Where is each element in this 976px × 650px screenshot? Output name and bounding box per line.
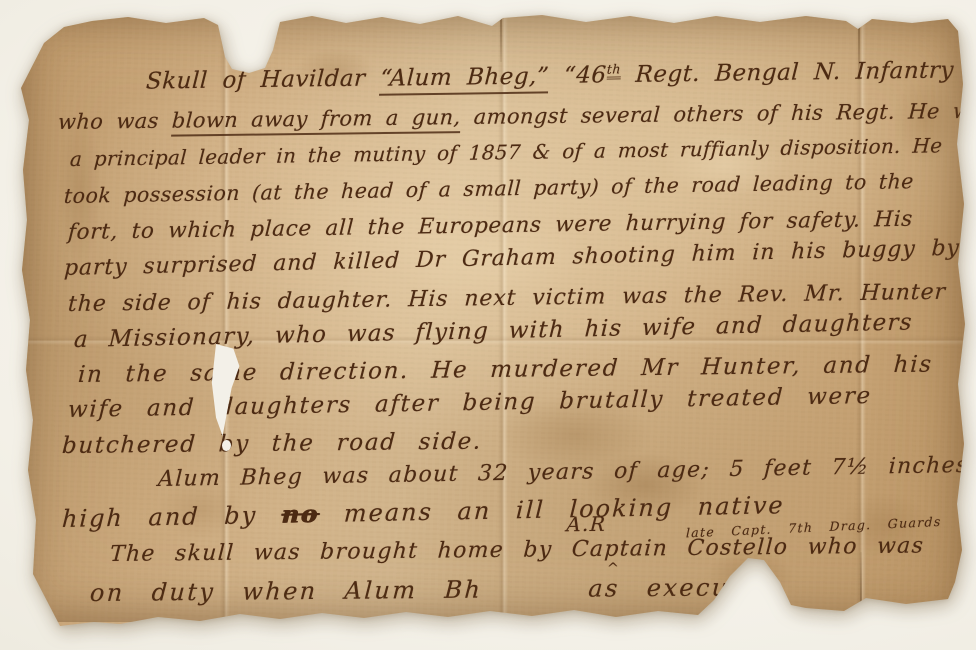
text-segment: butchered by the road side. — [61, 429, 483, 459]
text-segment: who was — [788, 533, 925, 559]
text-segment: amongst several others of his Regt. He w… — [460, 99, 976, 130]
text-segment: Alum Bheg was about 32 years of age; 5 f… — [157, 453, 969, 492]
text-segment: wife and daughters after being brutally … — [67, 383, 872, 423]
inserted-initials: A.R — [566, 512, 607, 536]
text-segment: a principal leader in the mutiny of 1857… — [69, 133, 943, 171]
underlined-phrase: blown away from a gun, — [171, 105, 461, 137]
handwritten-line-9: in the same direction. He murdered Mr Hu… — [77, 352, 933, 388]
text-segment: in the same direction. He murdered Mr Hu… — [77, 352, 933, 388]
underlined-name: “Alum Bheg,” — [379, 63, 549, 95]
text-segment: means an ill looking native — [319, 491, 786, 528]
handwritten-line-13: high and by no means an ill looking nati… — [61, 490, 785, 533]
text-segment: who was — [57, 109, 172, 134]
handwritten-line-12: Alum Bheg was about 32 years of age; 5 f… — [157, 453, 969, 492]
text-segment: The skull was brought home by Captain — [109, 536, 688, 567]
handwritten-line-4: took possession (at the head of a small … — [63, 169, 914, 208]
ordinal-superscript: th — [606, 61, 621, 79]
paper-crack — [500, 16, 502, 62]
handwritten-line-15: on duty when Alum Bhas executed. — [89, 573, 787, 607]
handwritten-line-11: butchered by the road side. — [61, 429, 483, 459]
handwritten-line-3: a principal leader in the mutiny of 1857… — [69, 133, 943, 171]
paper-sheet: Skull of Havildar “Alum Bheg,” “46th Reg… — [0, 0, 976, 650]
handwritten-line-8: a Missionary, who was flying with his wi… — [73, 309, 913, 353]
text-segment: Skull of Havildar — [145, 65, 381, 94]
text-segment: high and by — [61, 501, 282, 533]
handwritten-line-14: The skull was brought home by Captain Co… — [109, 533, 925, 567]
handwritten-line-2: who was blown away from a gun, amongst s… — [57, 99, 976, 134]
handwritten-line-10: wife and daughters after being brutally … — [67, 383, 872, 423]
text-segment: on duty when Alum Bh — [89, 576, 483, 607]
text-segment: “46 — [548, 62, 607, 89]
paper-crack — [860, 552, 862, 612]
document-paper: Skull of Havildar “Alum Bheg,” “46th Reg… — [0, 0, 976, 650]
photo-canvas: Skull of Havildar “Alum Bheg,” “46th Reg… — [0, 0, 976, 650]
handwritten-line-1: Skull of Havildar “Alum Bheg,” “46th Reg… — [145, 57, 954, 95]
paper-tear-hole — [210, 344, 240, 436]
overwritten-word: no — [281, 499, 320, 529]
text-segment: took possession (at the head of a small … — [63, 169, 914, 208]
torn-gap — [482, 597, 588, 598]
text-segment: a Missionary, who was flying with his wi… — [73, 309, 913, 353]
text-segment: as executed. — [588, 573, 787, 603]
text-segment: Regt. Bengal N. Infantry — [620, 57, 955, 88]
